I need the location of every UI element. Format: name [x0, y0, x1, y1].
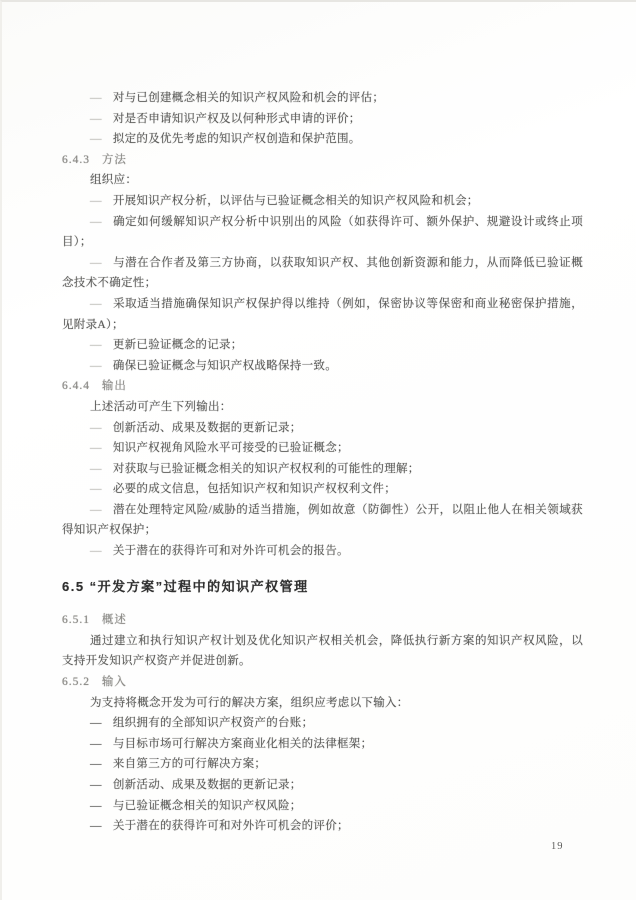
list-item: —必要的成文信息，包括知识产权和知识产权权利文件；	[62, 479, 583, 500]
list-item-text: 必要的成文信息，包括知识产权和知识产权权利文件；	[113, 483, 396, 495]
list-item-text: 与已验证概念相关的知识产权风险；	[113, 800, 302, 812]
list-item-text: 关于潜在的获得许可和对外许可机会的报告。	[113, 545, 349, 557]
list-item-text: 对是否申请知识产权及以何种形式申请的评价；	[113, 113, 361, 125]
list-item: —更新已验证概念的记录；	[62, 335, 583, 356]
list-item-text: 创新活动、成果及数据的更新记录；	[113, 422, 302, 434]
dash-bullet: —	[90, 92, 102, 104]
list-item-text: 潜在处理特定风险/威胁的适当措施，例如故意（防御性）公开，以阻止他人在相关领域获…	[62, 504, 583, 537]
list-item: —组织拥有的全部知识产权资产的台账；	[62, 713, 583, 734]
list-item-text: 确保已验证概念与知识产权战略保持一致。	[113, 360, 337, 372]
list-item-text: 与潜在合作者及第三方协商，以获取知识产权、其他创新资源和能力，从而降低已验证概念…	[62, 257, 583, 290]
dash-bullet: —	[90, 216, 102, 228]
dash-bullet: —	[90, 820, 102, 832]
list-item-text: 更新已验证概念的记录；	[113, 339, 243, 351]
list-item-text: 组织拥有的全部知识产权资产的台账；	[113, 717, 314, 729]
list-item: —开展知识产权分析，以评估与已验证概念相关的知识产权风险和机会；	[62, 191, 583, 212]
list-item-text: 关于潜在的获得许可和对外许可机会的评价；	[113, 820, 349, 832]
list-item: —对获取与已验证概念相关的知识产权权利的可能性的理解；	[62, 459, 583, 480]
chapter-heading: 6.5 “开发方案”过程中的知识产权管理	[62, 577, 583, 598]
list-item-text: 知识产权视角风险水平可接受的已验证概念；	[113, 442, 349, 454]
dash-bullet: —	[90, 545, 102, 557]
list-item-text: 对与已创建概念相关的知识产权风险和机会的评估；	[113, 92, 384, 104]
list-item: —与目标市场可行解决方案商业化相关的法律框架；	[62, 734, 583, 755]
dash-bullet: —	[90, 442, 102, 454]
dash-bullet: —	[90, 113, 102, 125]
subsection-heading: 6.5.1 概述	[62, 610, 583, 631]
paragraph: 通过建立和执行知识产权计划及优化知识产权相关机会，降低执行新方案的知识产权风险，…	[62, 631, 583, 672]
list-item: —确保已验证概念与知识产权战略保持一致。	[62, 356, 583, 377]
list-item-text: 来自第三方的可行解决方案；	[113, 758, 266, 770]
dash-bullet: —	[90, 195, 102, 207]
list-item-text: 确定如何缓解知识产权分析中识别出的风险（如获得许可、额外保护、规避设计或终止项目…	[62, 216, 583, 249]
list-item-text: 创新活动、成果及数据的更新记录；	[113, 779, 302, 791]
dash-bullet: —	[90, 257, 102, 269]
paragraph: 为支持将概念开发为可行的解决方案，组织应考虑以下输入：	[62, 693, 583, 714]
list-item-text: 采取适当措施确保知识产权保护得以维持（例如，保密协议等保密和商业秘密保护措施，见…	[62, 298, 583, 331]
page-number: 19	[551, 841, 564, 852]
list-item-text: 拟定的及优先考虑的知识产权创造和保护范围。	[113, 133, 361, 145]
dash-bullet: —	[90, 717, 102, 729]
dash-bullet: —	[90, 800, 102, 812]
list-item: —对是否申请知识产权及以何种形式申请的评价；	[62, 109, 583, 130]
dash-bullet: —	[90, 758, 102, 770]
list-item-text: 与目标市场可行解决方案商业化相关的法律框架；	[113, 738, 373, 750]
dash-bullet: —	[90, 779, 102, 791]
dash-bullet: —	[90, 339, 102, 351]
dash-bullet: —	[90, 360, 102, 372]
list-item: —关于潜在的获得许可和对外许可机会的报告。	[62, 541, 583, 562]
list-item: —创新活动、成果及数据的更新记录；	[62, 775, 583, 796]
subsection-heading: 6.5.2 输入	[62, 672, 583, 693]
dash-bullet: —	[90, 298, 102, 310]
list-item: —采取适当措施确保知识产权保护得以维持（例如，保密协议等保密和商业秘密保护措施，…	[62, 294, 583, 335]
list-item-text: 开展知识产权分析，以评估与已验证概念相关的知识产权风险和机会；	[113, 195, 479, 207]
list-item: —知识产权视角风险水平可接受的已验证概念；	[62, 438, 583, 459]
list-item: —与已验证概念相关的知识产权风险；	[62, 796, 583, 817]
list-item: —对与已创建概念相关的知识产权风险和机会的评估；	[62, 88, 583, 109]
dash-bullet: —	[90, 738, 102, 750]
list-item-text: 对获取与已验证概念相关的知识产权权利的可能性的理解；	[113, 463, 420, 475]
subsection-heading: 6.4.4 输出	[62, 376, 583, 397]
list-item: —潜在处理特定风险/威胁的适当措施，例如故意（防御性）公开，以阻止他人在相关领域…	[62, 500, 583, 541]
paragraph: 上述活动可产生下列输出：	[62, 397, 583, 418]
list-item: —拟定的及优先考虑的知识产权创造和保护范围。	[62, 129, 583, 150]
scanned-document-page: —对与已创建概念相关的知识产权风险和机会的评估；—对是否申请知识产权及以何种形式…	[0, 0, 636, 900]
list-item: —关于潜在的获得许可和对外许可机会的评价；	[62, 816, 583, 837]
dash-bullet: —	[90, 504, 102, 516]
list-item: —来自第三方的可行解决方案；	[62, 754, 583, 775]
dash-bullet: —	[90, 463, 102, 475]
list-item: —创新活动、成果及数据的更新记录；	[62, 418, 583, 439]
list-item: —确定如何缓解知识产权分析中识别出的风险（如获得许可、额外保护、规避设计或终止项…	[62, 212, 583, 253]
dash-bullet: —	[90, 133, 102, 145]
document-body: —对与已创建概念相关的知识产权风险和机会的评估；—对是否申请知识产权及以何种形式…	[62, 88, 583, 837]
paragraph: 组织应：	[62, 170, 583, 191]
subsection-heading: 6.4.3 方法	[62, 150, 583, 171]
dash-bullet: —	[90, 483, 102, 495]
dash-bullet: —	[90, 422, 102, 434]
list-item: —与潜在合作者及第三方协商，以获取知识产权、其他创新资源和能力，从而降低已验证概…	[62, 253, 583, 294]
